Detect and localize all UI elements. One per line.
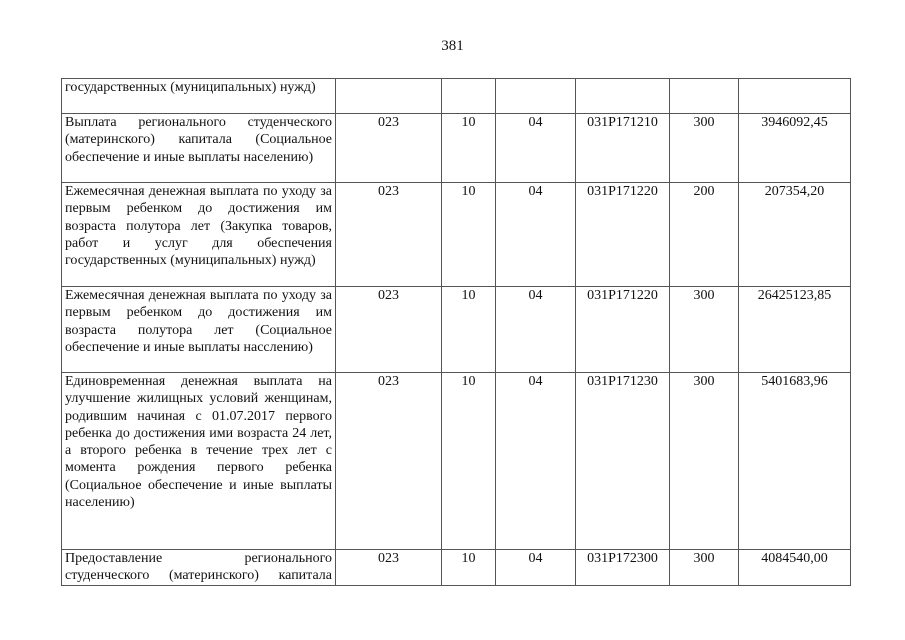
ministry-code: 023: [336, 183, 442, 287]
row-description: Единовременная денежная выплата на улучш…: [62, 373, 336, 550]
amount: 3946092,45: [739, 114, 851, 183]
expense-type-code: 200: [670, 183, 739, 287]
amount: [739, 79, 851, 114]
amount: 207354,20: [739, 183, 851, 287]
target-article-code: 031P171220: [576, 183, 670, 287]
target-article-code: 031P171210: [576, 114, 670, 183]
row-description: государственных (муниципальных) нужд): [62, 79, 336, 114]
subsection-code: 04: [496, 373, 576, 550]
row-description: Предоставление регионального студенческо…: [62, 550, 336, 586]
subsection-code: 04: [496, 550, 576, 586]
target-article-code: [576, 79, 670, 114]
table-row: Ежемесячная денежная выплата по уходу за…: [62, 287, 851, 373]
section-code: 10: [442, 183, 496, 287]
subsection-code: 04: [496, 114, 576, 183]
subsection-code: 04: [496, 287, 576, 373]
expense-type-code: 300: [670, 373, 739, 550]
expense-type-code: [670, 79, 739, 114]
row-description: Выплата регионального студенческого (мат…: [62, 114, 336, 183]
expense-type-code: 300: [670, 550, 739, 586]
subsection-code: 04: [496, 183, 576, 287]
table-row: Предоставление регионального студенческо…: [62, 550, 851, 586]
section-code: 10: [442, 114, 496, 183]
amount: 26425123,85: [739, 287, 851, 373]
amount: 5401683,96: [739, 373, 851, 550]
target-article-code: 031P171220: [576, 287, 670, 373]
table-row: Единовременная денежная выплата на улучш…: [62, 373, 851, 550]
ministry-code: 023: [336, 373, 442, 550]
table-row: Выплата регионального студенческого (мат…: [62, 114, 851, 183]
row-description: Ежемесячная денежная выплата по уходу за…: [62, 287, 336, 373]
expense-type-code: 300: [670, 114, 739, 183]
ministry-code: 023: [336, 550, 442, 586]
table-row: государственных (муниципальных) нужд): [62, 79, 851, 114]
ministry-code: 023: [336, 287, 442, 373]
section-code: [442, 79, 496, 114]
subsection-code: [496, 79, 576, 114]
section-code: 10: [442, 287, 496, 373]
ministry-code: 023: [336, 114, 442, 183]
section-code: 10: [442, 373, 496, 550]
table-row: Ежемесячная денежная выплата по уходу за…: [62, 183, 851, 287]
ministry-code: [336, 79, 442, 114]
expense-type-code: 300: [670, 287, 739, 373]
target-article-code: 031P171230: [576, 373, 670, 550]
row-description: Ежемесячная денежная выплата по уходу за…: [62, 183, 336, 287]
budget-table: государственных (муниципальных) нужд) Вы…: [61, 78, 851, 586]
amount: 4084540,00: [739, 550, 851, 586]
page-number: 381: [0, 38, 905, 55]
section-code: 10: [442, 550, 496, 586]
target-article-code: 031P172300: [576, 550, 670, 586]
